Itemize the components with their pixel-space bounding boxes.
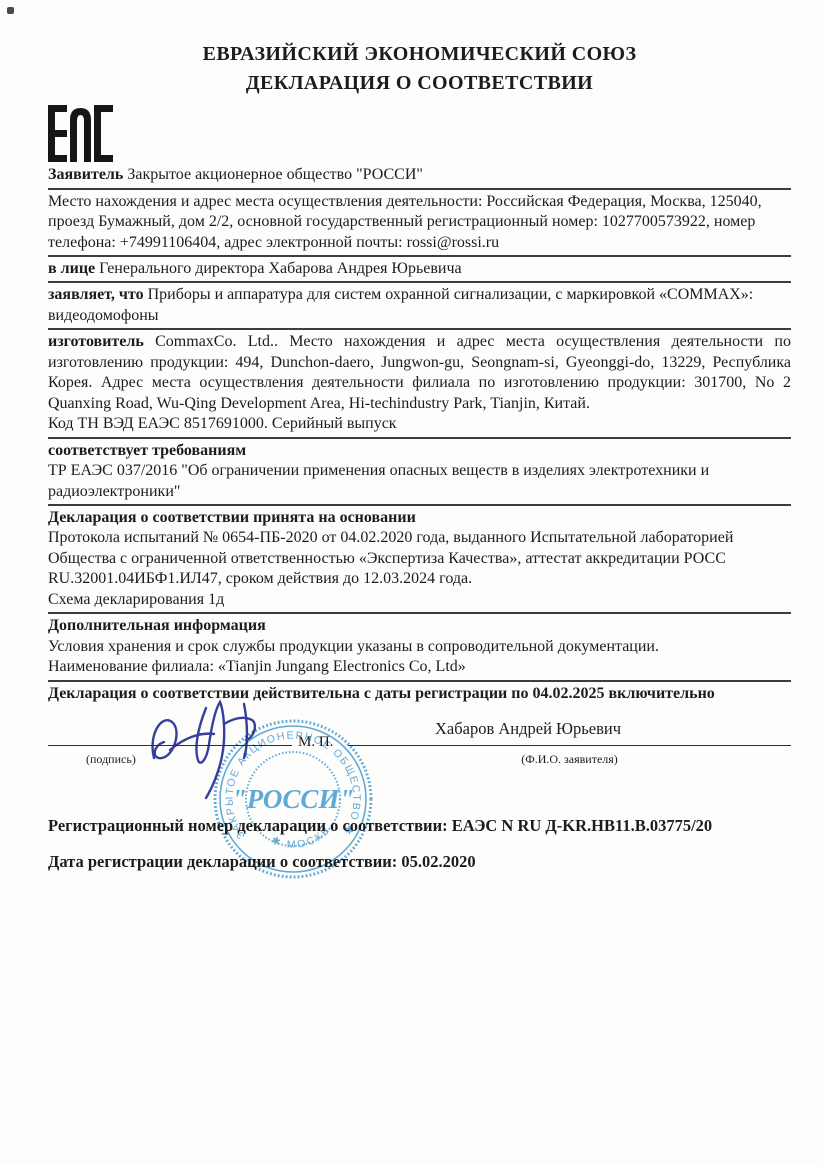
basis-heading: Декларация о соответствии принята на осн… [48, 508, 791, 529]
logo-row [48, 105, 791, 165]
in-person-line: в лице Генерального директора Хабарова А… [48, 259, 791, 280]
declares-paragraph: заявляет, что Приборы и аппаратура для с… [48, 285, 791, 326]
complies-text: ТР ЕАЭС 037/2016 "Об ограничении примене… [48, 461, 791, 502]
additional-heading: Дополнительная информация [48, 616, 791, 637]
name-line [348, 745, 791, 746]
divider [48, 437, 791, 439]
eac-logo-icon [48, 105, 114, 162]
divider [48, 255, 791, 257]
validity-line: Декларация о соответствии действительна … [48, 684, 791, 705]
additional-line-branch: Наименование филиала: «Tianjin Jungang E… [48, 657, 791, 678]
scan-artifact-dot [7, 7, 14, 14]
document-title: ЕВРАЗИЙСКИЙ ЭКОНОМИЧЕСКИЙ СОЮЗ ДЕКЛАРАЦИ… [48, 40, 791, 98]
title-line-union: ЕВРАЗИЙСКИЙ ЭКОНОМИЧЕСКИЙ СОЮЗ [48, 40, 791, 69]
basis-text: Протокола испытаний № 0654-ПБ-2020 от 04… [48, 528, 791, 590]
signature-image [140, 694, 320, 806]
applicant-line: Заявитель Закрытое акционерное общество … [48, 165, 791, 186]
signature-caption: (подпись) [86, 749, 136, 770]
registration-number-line: Регистрационный номер декларации о соотв… [48, 816, 791, 837]
declaration-document: ЕВРАЗИЙСКИЙ ЭКОНОМИЧЕСКИЙ СОЮЗ ДЕКЛАРАЦИ… [0, 0, 823, 1164]
additional-line-storage: Условия хранения и срок службы продукции… [48, 637, 791, 658]
complies-heading: соответствует требованиям [48, 441, 791, 462]
manufacturer-paragraph: изготовитель CommaxCo. Ltd.. Место нахож… [48, 332, 791, 414]
declares-label: заявляет, что [48, 286, 144, 303]
applicant-label: Заявитель [48, 166, 123, 183]
applicant-value: Закрытое акционерное общество "РОССИ" [127, 166, 423, 183]
name-caption: (Ф.И.О. заявителя) [348, 749, 791, 770]
stamp-place-label: М. П. [298, 732, 333, 753]
divider [48, 680, 791, 682]
scheme-line: Схема декларирования 1д [48, 590, 791, 611]
divider [48, 328, 791, 330]
tnved-line: Код ТН ВЭД ЕАЭС 8517691000. Серийный вып… [48, 414, 791, 435]
stamp-center-text: "РОССИ" [232, 784, 355, 814]
manufacturer-label: изготовитель [48, 333, 144, 350]
declares-value: Приборы и аппаратура для систем охранной… [48, 286, 753, 324]
title-line-declaration: ДЕКЛАРАЦИЯ О СООТВЕТСТВИИ [48, 69, 791, 98]
in-person-label: в лице [48, 260, 95, 277]
divider [48, 504, 791, 506]
address-paragraph: Место нахождения и адрес места осуществл… [48, 192, 791, 254]
divider [48, 188, 791, 190]
divider [48, 612, 791, 614]
signer-name: Хабаров Андрей Юрьевич [348, 719, 708, 740]
signature-block: М. П. Хабаров Андрей Юрьевич (подпись) (… [48, 708, 791, 806]
divider [48, 281, 791, 283]
manufacturer-value: CommaxCo. Ltd.. Место нахождения и адрес… [48, 333, 791, 412]
in-person-value: Генерального директора Хабарова Андрея Ю… [99, 260, 461, 277]
signature-line [48, 745, 292, 746]
registration-date-line: Дата регистрации декларации о соответств… [48, 852, 791, 873]
